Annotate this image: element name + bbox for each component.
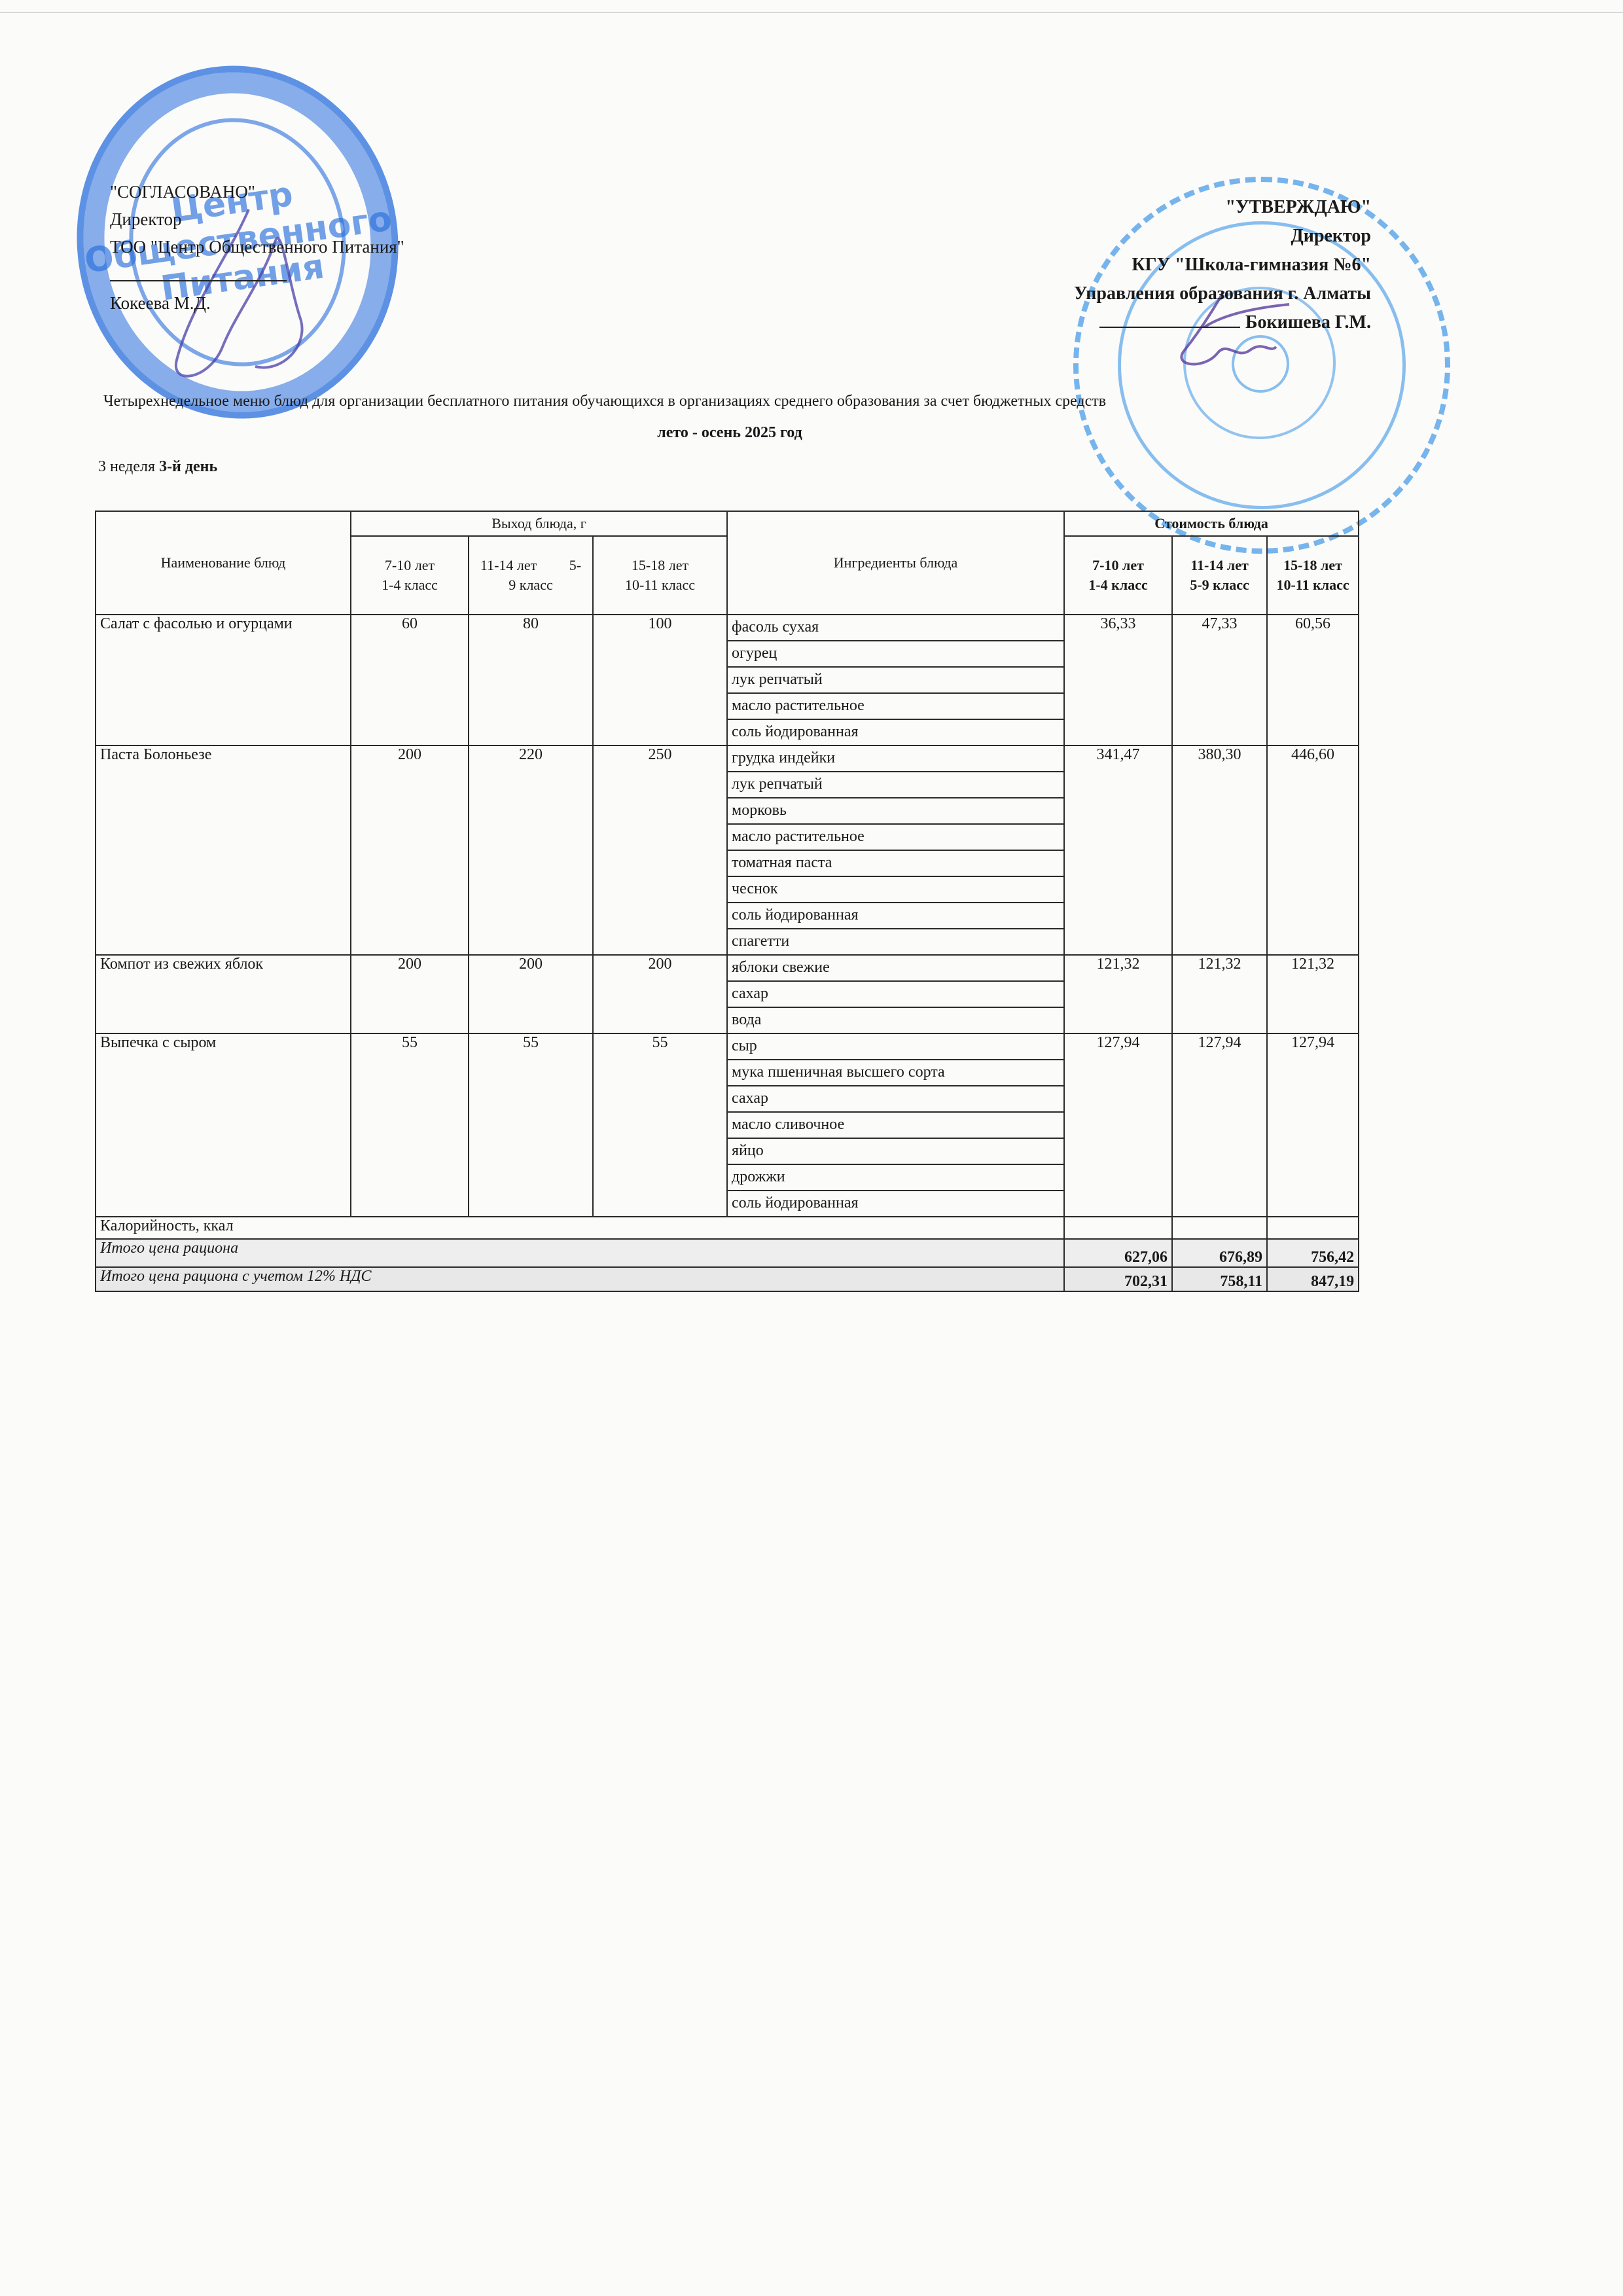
total-row: Итого цена рациона627,06676,89756,42: [96, 1239, 1359, 1267]
dish-cost: 121,32: [1267, 955, 1359, 1033]
header-cost-group: 11-14 лет5-9 класс: [1172, 536, 1267, 615]
calories-value: [1064, 1217, 1172, 1239]
ingredient: сыр: [727, 1033, 1064, 1060]
dish-cost: 341,47: [1064, 745, 1172, 955]
dish-output: 60: [351, 615, 469, 745]
dish-cost: 36,33: [1064, 615, 1172, 745]
week-day-label: 3 неделя 3-й день: [98, 458, 217, 476]
dish-cost: 446,60: [1267, 745, 1359, 955]
total-vat-row: Итого цена рациона с учетом 12% НДС702,3…: [96, 1267, 1359, 1291]
header-output-group: 7-10 лет1-4 класс: [351, 536, 469, 615]
calories-label: Калорийность, ккал: [96, 1217, 1064, 1239]
calories-value: [1267, 1217, 1359, 1239]
dish-output: 55: [469, 1033, 593, 1217]
grade-range: 10-11 класс: [1272, 575, 1354, 595]
ingredient: морковь: [727, 798, 1064, 824]
agreed-position: Директор: [110, 206, 404, 233]
ingredient: масло растительное: [727, 824, 1064, 850]
dish-output: 200: [351, 745, 469, 955]
ingredient: соль йодированная: [727, 903, 1064, 929]
ingredient: фасоль сухая: [727, 615, 1064, 641]
ingredient: соль йодированная: [727, 719, 1064, 745]
scan-edge-line: [0, 12, 1623, 13]
grade-range: 5-9 класс: [1177, 575, 1262, 595]
grade-range: 1-4 класс: [1069, 575, 1168, 595]
dish-cost: 127,94: [1064, 1033, 1172, 1217]
ingredient: дрожжи: [727, 1164, 1064, 1191]
agreed-organization: ТОО "Центр Общественного Питания": [110, 233, 404, 260]
ingredient: соль йодированная: [727, 1191, 1064, 1217]
grade-range: 1-4 класс: [355, 575, 464, 595]
header-output: Выход блюда, г: [351, 511, 727, 536]
dish-cost: 60,56: [1267, 615, 1359, 745]
approve-position: Директор: [1074, 222, 1371, 251]
calories-value: [1172, 1217, 1267, 1239]
table-row: Выпечка с сыром555555сыр127,94127,94127,…: [96, 1033, 1359, 1060]
dish-cost: 121,32: [1172, 955, 1267, 1033]
dish-name: Паста Болоньезе: [96, 745, 351, 955]
dish-output: 100: [593, 615, 727, 745]
header-output-group: 11-14 лет 5-9 класс: [469, 536, 593, 615]
ingredient: томатная паста: [727, 850, 1064, 876]
ingredient: грудка индейки: [727, 745, 1064, 772]
ingredient: мука пшеничная высшего сорта: [727, 1060, 1064, 1086]
table-row: Паста Болоньезе200220250грудка индейки34…: [96, 745, 1359, 772]
grade-range: 10-11 класс: [597, 575, 722, 595]
ingredient: масло сливочное: [727, 1112, 1064, 1138]
dish-output: 80: [469, 615, 593, 745]
header-output-group: 15-18 лет10-11 класс: [593, 536, 727, 615]
dish-output: 220: [469, 745, 593, 955]
header-cost-group: 7-10 лет1-4 класс: [1064, 536, 1172, 615]
age-range: 7-10 лет: [355, 556, 464, 575]
ingredient: лук репчатый: [727, 772, 1064, 798]
total-value: 676,89: [1172, 1239, 1267, 1267]
ingredient: сахар: [727, 981, 1064, 1007]
header-ingredients: Ингредиенты блюда: [727, 511, 1064, 615]
dish-cost: 380,30: [1172, 745, 1267, 955]
ingredient: огурец: [727, 641, 1064, 667]
dish-name: Выпечка с сыром: [96, 1033, 351, 1217]
age-range: 11-14 лет 5-: [473, 556, 588, 575]
ingredient: яйцо: [727, 1138, 1064, 1164]
ingredient: масло растительное: [727, 693, 1064, 719]
header-dish-name: Наименование блюд: [96, 511, 351, 615]
approve-department: Управления образования г. Алматы: [1074, 279, 1371, 308]
dish-output: 200: [351, 955, 469, 1033]
total-vat-value: 847,19: [1267, 1267, 1359, 1291]
total-value: 756,42: [1267, 1239, 1359, 1267]
header-cost-group: 15-18 лет10-11 класс: [1267, 536, 1359, 615]
agreed-block: "СОГЛАСОВАНО" Директор ТОО "Центр Общест…: [110, 178, 404, 317]
table-row: Компот из свежих яблок200200200яблоки св…: [96, 955, 1359, 981]
agreed-heading: "СОГЛАСОВАНО": [110, 178, 404, 206]
signature-line: [110, 260, 287, 281]
menu-table: Наименование блюд Выход блюда, г Ингреди…: [95, 511, 1359, 1292]
dish-cost: 127,94: [1172, 1033, 1267, 1217]
age-range: 15-18 лет: [597, 556, 722, 575]
document-period: лето - осень 2025 год: [0, 424, 1459, 442]
ingredient: яблоки свежие: [727, 955, 1064, 981]
dish-output: 200: [469, 955, 593, 1033]
header-cost: Стоимость блюда: [1064, 511, 1359, 536]
dish-name: Салат с фасолью и огурцами: [96, 615, 351, 745]
total-label: Итого цена рациона: [96, 1239, 1064, 1267]
total-vat-value: 758,11: [1172, 1267, 1267, 1291]
week-label: 3 неделя: [98, 458, 155, 475]
grade-range: 9 класс: [473, 575, 588, 595]
document-title: Четырехнедельное меню блюд для организац…: [103, 393, 1412, 410]
age-range: 15-18 лет: [1272, 556, 1354, 575]
dish-output: 200: [593, 955, 727, 1033]
total-vat-value: 702,31: [1064, 1267, 1172, 1291]
ingredient: спагетти: [727, 929, 1064, 955]
dish-cost: 127,94: [1267, 1033, 1359, 1217]
approve-organization: КГУ "Школа-гимназия №6": [1074, 251, 1371, 279]
approve-block: "УТВЕРЖДАЮ" Директор КГУ "Школа-гимназия…: [1074, 193, 1371, 337]
day-label: 3-й день: [159, 458, 217, 475]
dish-cost: 121,32: [1064, 955, 1172, 1033]
ingredient: сахар: [727, 1086, 1064, 1112]
table-row: Салат с фасолью и огурцами6080100фасоль …: [96, 615, 1359, 641]
total-value: 627,06: [1064, 1239, 1172, 1267]
agreed-signatory: Кокеева М.Д.: [110, 289, 404, 317]
dish-output: 55: [351, 1033, 469, 1217]
approve-heading: "УТВЕРЖДАЮ": [1074, 193, 1371, 222]
dish-output: 55: [593, 1033, 727, 1217]
age-range: 11-14 лет: [1177, 556, 1262, 575]
age-range: 7-10 лет: [1069, 556, 1168, 575]
ingredient: вода: [727, 1007, 1064, 1033]
approve-signatory: Бокишева Г.М.: [1245, 312, 1371, 332]
total-vat-label: Итого цена рациона с учетом 12% НДС: [96, 1267, 1064, 1291]
dish-name: Компот из свежих яблок: [96, 955, 351, 1033]
signature-line: [1099, 314, 1240, 328]
ingredient: лук репчатый: [727, 667, 1064, 693]
calories-row: Калорийность, ккал: [96, 1217, 1359, 1239]
dish-cost: 47,33: [1172, 615, 1267, 745]
ingredient: чеснок: [727, 876, 1064, 903]
dish-output: 250: [593, 745, 727, 955]
